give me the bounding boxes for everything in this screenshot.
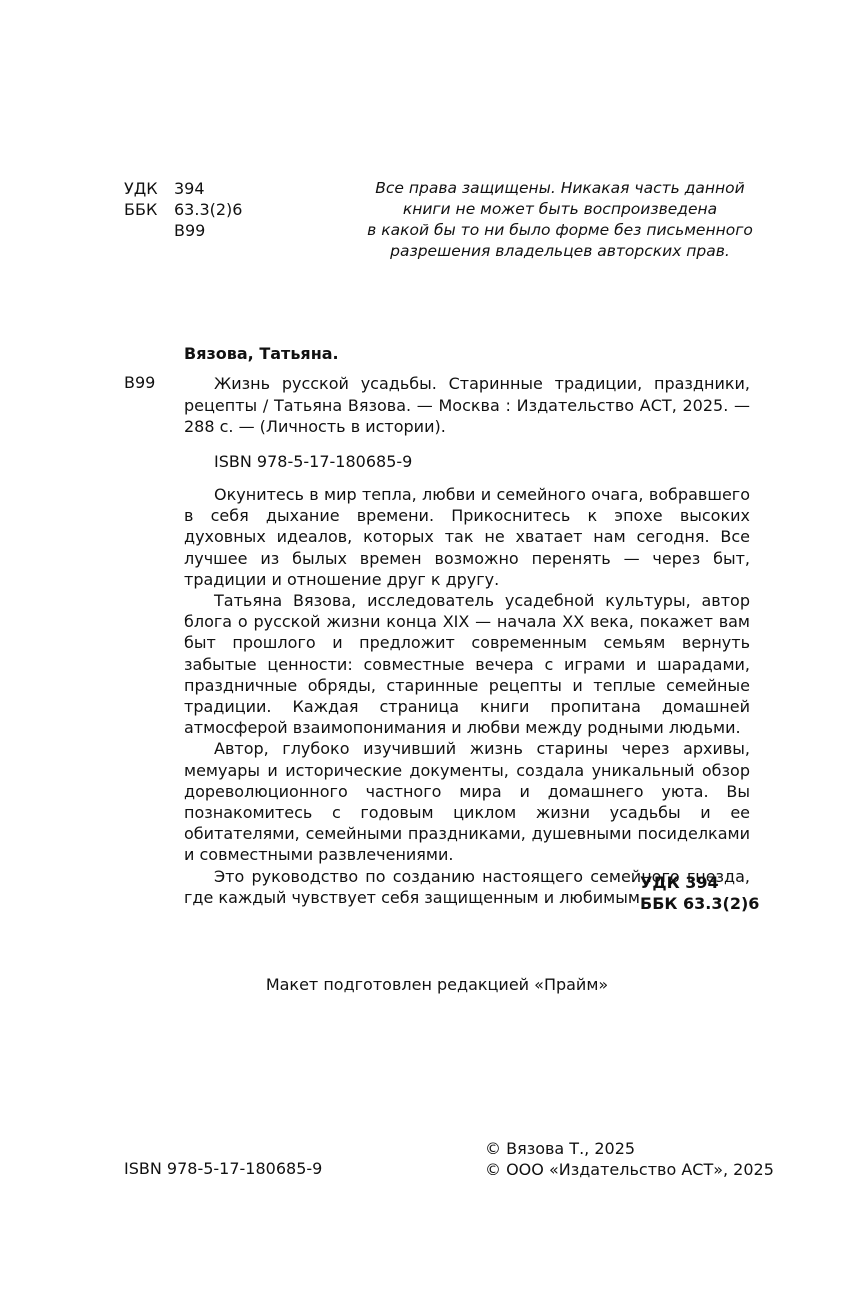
author-sign-value: В99 [174,220,205,241]
copyrights: © Вязова Т., 2025 © ООО «Издательство АС… [485,1138,774,1180]
bbk-bottom: ББК 63.3(2)6 [640,893,759,914]
bbk-value: 63.3(2)6 [174,199,242,220]
rights-notice: Все права защищены. Никакая часть данной… [355,178,765,262]
udk-row: УДК 394 [124,178,242,199]
rights-line: Все права защищены. Никакая часть данной [355,178,765,199]
author-code: В99 [124,373,155,392]
author-sign-label [124,220,174,241]
bbk-row: ББК 63.3(2)6 [124,199,242,220]
annotation-paragraph: Автор, глубоко изучивший жизнь старины ч… [184,738,750,865]
bibliographic-description: Жизнь русской усадьбы. Старинные традици… [184,373,750,438]
annotation-paragraph: Татьяна Вязова, исследователь усадебной … [184,590,750,738]
udk-bottom: УДК 394 [640,872,759,893]
annotation: Окунитесь в мир тепла, любви и семейного… [184,484,750,908]
bibliographic-text: Жизнь русской усадьбы. Старинные традици… [184,374,750,436]
udk-value: 394 [174,178,205,199]
rights-line: разрешения владельцев авторских прав. [355,241,765,262]
rights-line: книги не может быть воспроизведена [355,199,765,220]
prepared-by: Макет подготовлен редакцией «Прайм» [0,975,844,994]
copyright-author: © Вязова Т., 2025 [485,1138,774,1159]
isbn-main: ISBN 978-5-17-180685-9 [214,452,412,471]
author-sign-row: В99 [124,220,242,241]
author-heading: Вязова, Татьяна. [184,344,339,363]
udk-label: УДК [124,178,174,199]
isbn-footer: ISBN 978-5-17-180685-9 [124,1159,322,1178]
classification-bottom: УДК 394 ББК 63.3(2)6 [640,872,759,914]
annotation-paragraph: Окунитесь в мир тепла, любви и семейного… [184,484,750,590]
rights-line: в какой бы то ни было форме без письменн… [355,220,765,241]
bbk-label: ББК [124,199,174,220]
copyright-publisher: © ООО «Издательство АСТ», 2025 [485,1159,774,1180]
classification-codes: УДК 394 ББК 63.3(2)6 В99 [124,178,242,241]
